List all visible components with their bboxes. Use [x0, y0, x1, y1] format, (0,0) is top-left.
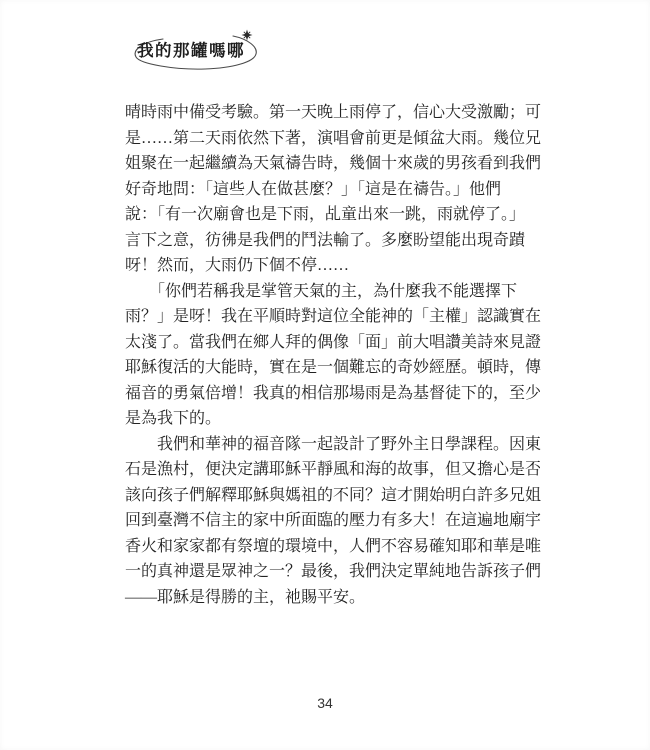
text-line: 太淺了。當我們在鄉人拜的偶像「面」前大唱讚美詩來見證 — [125, 330, 545, 356]
text-line: 是……第二天雨依然下著，演唱會前更是傾盆大雨。幾位兄 — [125, 126, 545, 152]
text-line: 耶穌復活的大能時，實在是一個難忘的奇妙經歷。頓時，傳 — [125, 355, 545, 381]
text-line: 回到臺灣不信主的家中所面臨的壓力有多大！在這遍地廟宇 — [125, 508, 545, 534]
text-line: 晴時雨中備受考驗。第一天晚上雨停了，信心大受激勵；可 — [125, 100, 545, 126]
text-line: 雨？」是呀！我在平順時對這位全能神的「主權」認識實在 — [125, 304, 545, 330]
text-line: 呀！然而，大雨仍下個不停…… — [125, 253, 545, 279]
text-line: 福音的勇氣倍增！我真的相信那場雨是為基督徒下的，至少 — [125, 381, 545, 407]
body-text: 晴時雨中備受考驗。第一天晚上雨停了，信心大受激勵；可是……第二天雨依然下著，演唱… — [125, 100, 545, 610]
logo: 我的那罐嗎哪 — [130, 26, 265, 74]
page-number: 34 — [0, 695, 650, 711]
book-page: 我的那罐嗎哪 晴時雨中備受考驗。第一天晚上雨停了，信心大受激勵；可是……第二天雨… — [0, 0, 650, 750]
text-line: 言下之意，彷彿是我們的鬥法輸了。多麼盼望能出現奇蹟 — [125, 228, 545, 254]
text-line: 香火和家家都有祭壇的環境中，人們不容易確知耶和華是唯 — [125, 534, 545, 560]
text-line: 說：「有一次廟會也是下雨，乩童出來一跳，雨就停了。」 — [125, 202, 545, 228]
text-line: ——耶穌是得勝的主，祂賜平安。 — [125, 585, 545, 611]
text-line: 該向孩子們解釋耶穌與媽祖的不同？這才開始明白許多兄姐 — [125, 483, 545, 509]
text-line: 姐聚在一起繼續為天氣禱告時，幾個十來歲的男孩看到我們 — [125, 151, 545, 177]
text-line: 一的真神還是眾神之一？最後，我們決定單純地告訴孩子們 — [125, 559, 545, 585]
text-line: 石是漁村，便決定講耶穌平靜風和海的故事，但又擔心是否 — [125, 457, 545, 483]
logo-text: 我的那罐嗎哪 — [137, 37, 245, 61]
text-line: 「你們若稱我是掌管天氣的主，為什麼我不能選擇下 — [125, 279, 545, 305]
text-line: 好奇地問：「這些人在做甚麼？」「這是在禱告。」他們 — [125, 177, 545, 203]
text-line: 是為我下的。 — [125, 406, 545, 432]
text-line: 我們和華神的福音隊一起設計了野外主日學課程。因東 — [125, 432, 545, 458]
